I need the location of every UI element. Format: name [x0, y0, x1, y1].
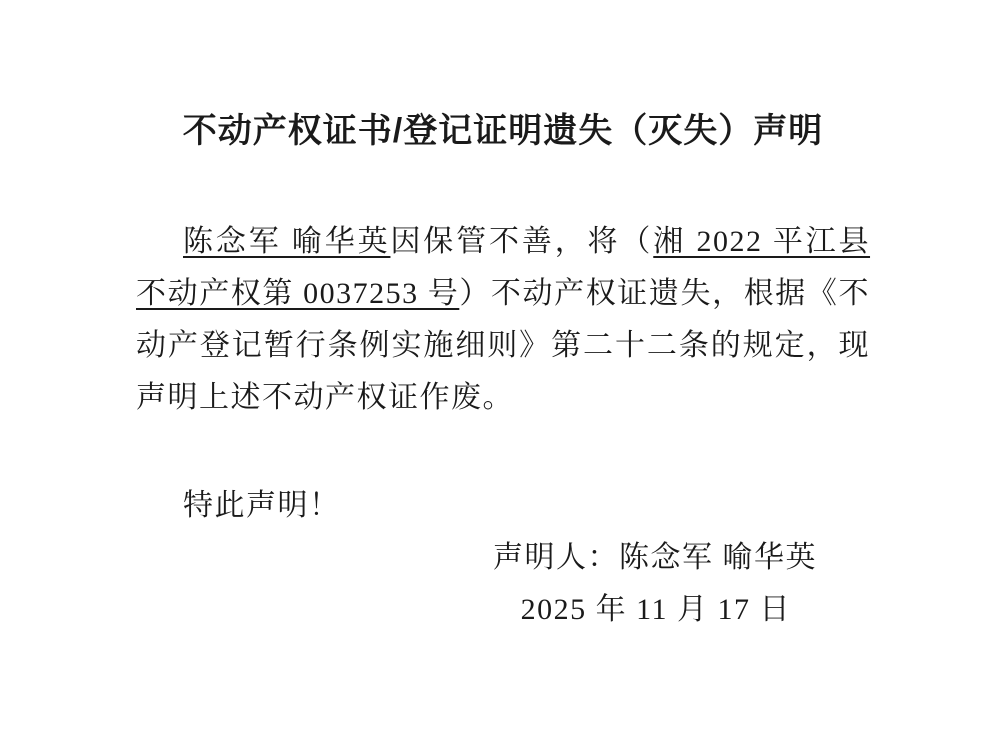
- signature-label: 声明人：: [493, 541, 619, 574]
- document-page: 不动产权证书/登记证明遗失（灭失）声明 陈念军 喻华英因保管不善，将（湘 202…: [0, 0, 1000, 737]
- signature-names: 陈念军 喻华英: [619, 541, 817, 574]
- declarant-names-underlined: 陈念军 喻华英: [183, 225, 390, 258]
- document-title: 不动产权证书/登记证明遗失（灭失）声明: [136, 110, 870, 152]
- paragraph-segment-after-names: 因保管不善，将（: [390, 225, 653, 258]
- declaration-paragraph: 陈念军 喻华英因保管不善，将（湘 2022 平江县不动产权第 0037253 号…: [136, 216, 870, 424]
- document-content: 不动产权证书/登记证明遗失（灭失）声明 陈念军 喻华英因保管不善，将（湘 202…: [0, 110, 1000, 636]
- date-line: 2025 年 11 月 17 日: [136, 584, 870, 636]
- signature-line: 声明人：陈念军 喻华英: [136, 532, 870, 584]
- closing-statement: 特此声明！: [136, 480, 870, 532]
